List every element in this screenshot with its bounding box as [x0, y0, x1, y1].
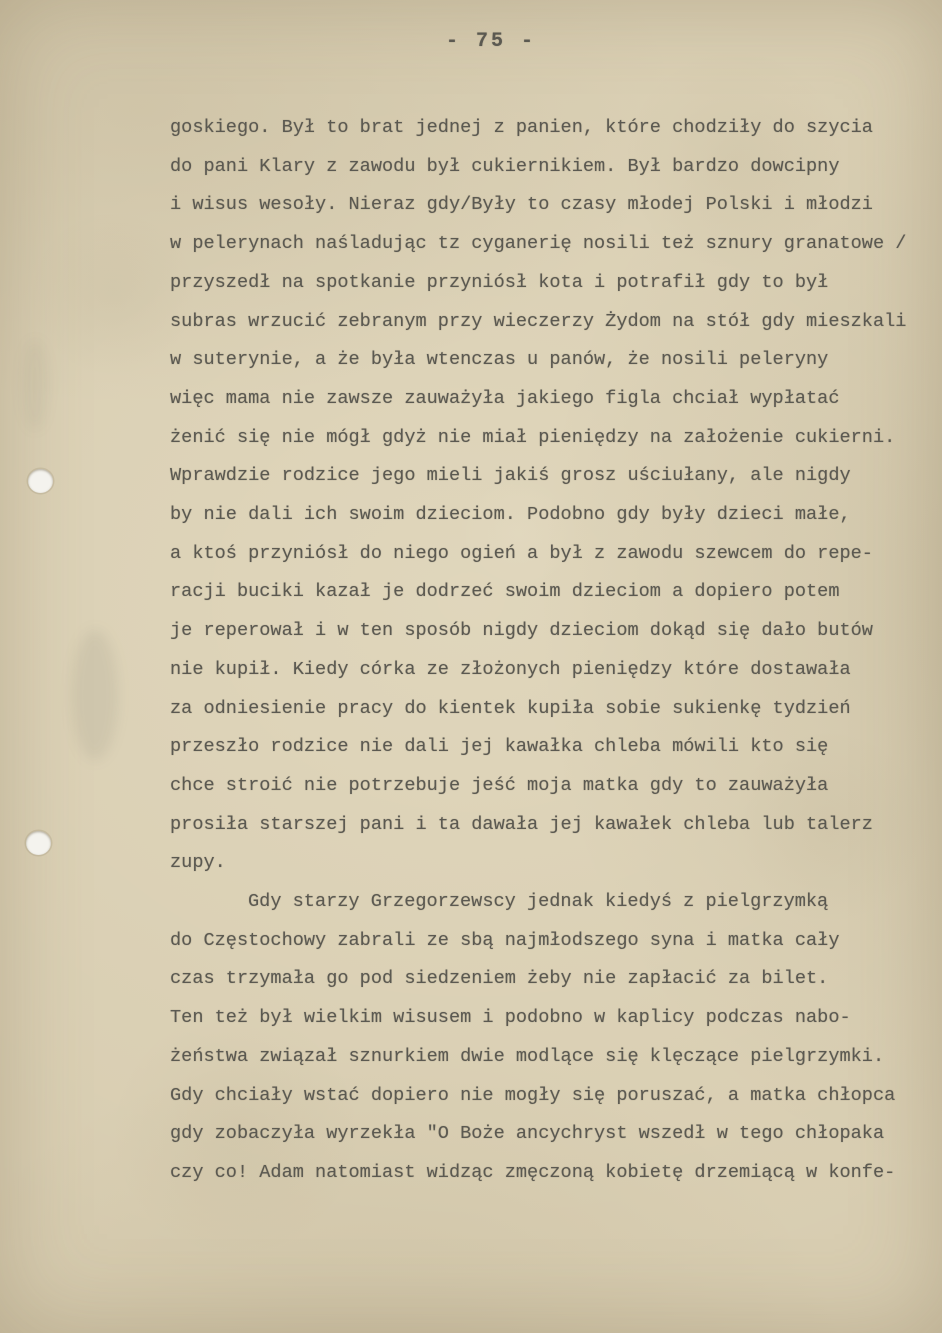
typed-line: Gdy chciały wstać dopiero nie mogły się … — [170, 1077, 900, 1116]
typed-line: w suterynie, a że była wtenczas u panów,… — [170, 341, 900, 380]
typed-line: je reperował i w ten sposób nigdy dzieci… — [170, 612, 900, 651]
document-page: - 75 - goskiego. Był to brat jednej z pa… — [0, 0, 942, 1333]
typed-line: Wprawdzie rodzice jego mieli jakiś grosz… — [170, 457, 900, 496]
page-number: - 75 - — [20, 30, 942, 53]
hole-punch-bottom — [26, 831, 51, 855]
typed-line: przyszedł na spotkanie przyniósł kota i … — [170, 264, 900, 303]
typed-line: prosiła starszej pani i ta dawała jej ka… — [170, 806, 900, 845]
typed-line: przeszło rodzice nie dali jej kawałka ch… — [170, 728, 900, 767]
hole-punch-top — [28, 469, 53, 493]
typed-line: subras wrzucić zebranym przy wieczerzy Ż… — [170, 303, 900, 342]
typed-line: w pelerynach naśladując tz cyganerię nos… — [170, 225, 900, 264]
typed-line: więc mama nie zawsze zauważyła jakiego f… — [170, 380, 900, 419]
typed-line: racji buciki kazał je dodrzeć swoim dzie… — [170, 573, 900, 612]
typed-line: i wisus wesoły. Nieraz gdy/Były to czasy… — [170, 186, 900, 225]
typed-line: do Częstochowy zabrali ze sbą najmłodsze… — [170, 922, 900, 961]
typed-line: żeństwa związał sznurkiem dwie modlące s… — [170, 1038, 900, 1077]
typed-line: czas trzymała go pod siedzeniem żeby nie… — [170, 960, 900, 999]
typed-line: chce stroić nie potrzebuje jeść moja mat… — [170, 767, 900, 806]
typed-line: by nie dali ich swoim dzieciom. Podobno … — [170, 496, 900, 535]
typed-line: nie kupił. Kiedy córka ze złożonych pien… — [170, 651, 900, 690]
typed-line: a ktoś przyniósł do niego ogień a był z … — [170, 535, 900, 574]
typed-line: gdy zobaczyła wyrzekła "O Boże ancychrys… — [170, 1115, 900, 1154]
paragraph-2: Gdy starzy Grzegorzewscy jednak kiedyś z… — [170, 883, 900, 1193]
typed-line: Gdy starzy Grzegorzewscy jednak kiedyś z… — [170, 883, 900, 922]
ink-smudge — [72, 630, 118, 760]
typed-line: do pani Klary z zawodu był cukiernikiem.… — [170, 148, 900, 187]
typed-line: żenić się nie mógł gdyż nie miał pienięd… — [170, 419, 900, 458]
typed-line: Ten też był wielkim wisusem i podobno w … — [170, 999, 900, 1038]
typed-line: goskiego. Był to brat jednej z panien, k… — [170, 109, 900, 148]
typed-line: czy co! Adam natomiast widząc zmęczoną k… — [170, 1154, 900, 1193]
typed-text-block: goskiego. Był to brat jednej z panien, k… — [170, 109, 900, 1193]
typed-line: zupy. — [170, 844, 900, 883]
ink-smudge — [22, 340, 48, 430]
typed-line: za odniesienie pracy do kientek kupiła s… — [170, 690, 900, 729]
paragraph-1: goskiego. Był to brat jednej z panien, k… — [170, 109, 900, 883]
